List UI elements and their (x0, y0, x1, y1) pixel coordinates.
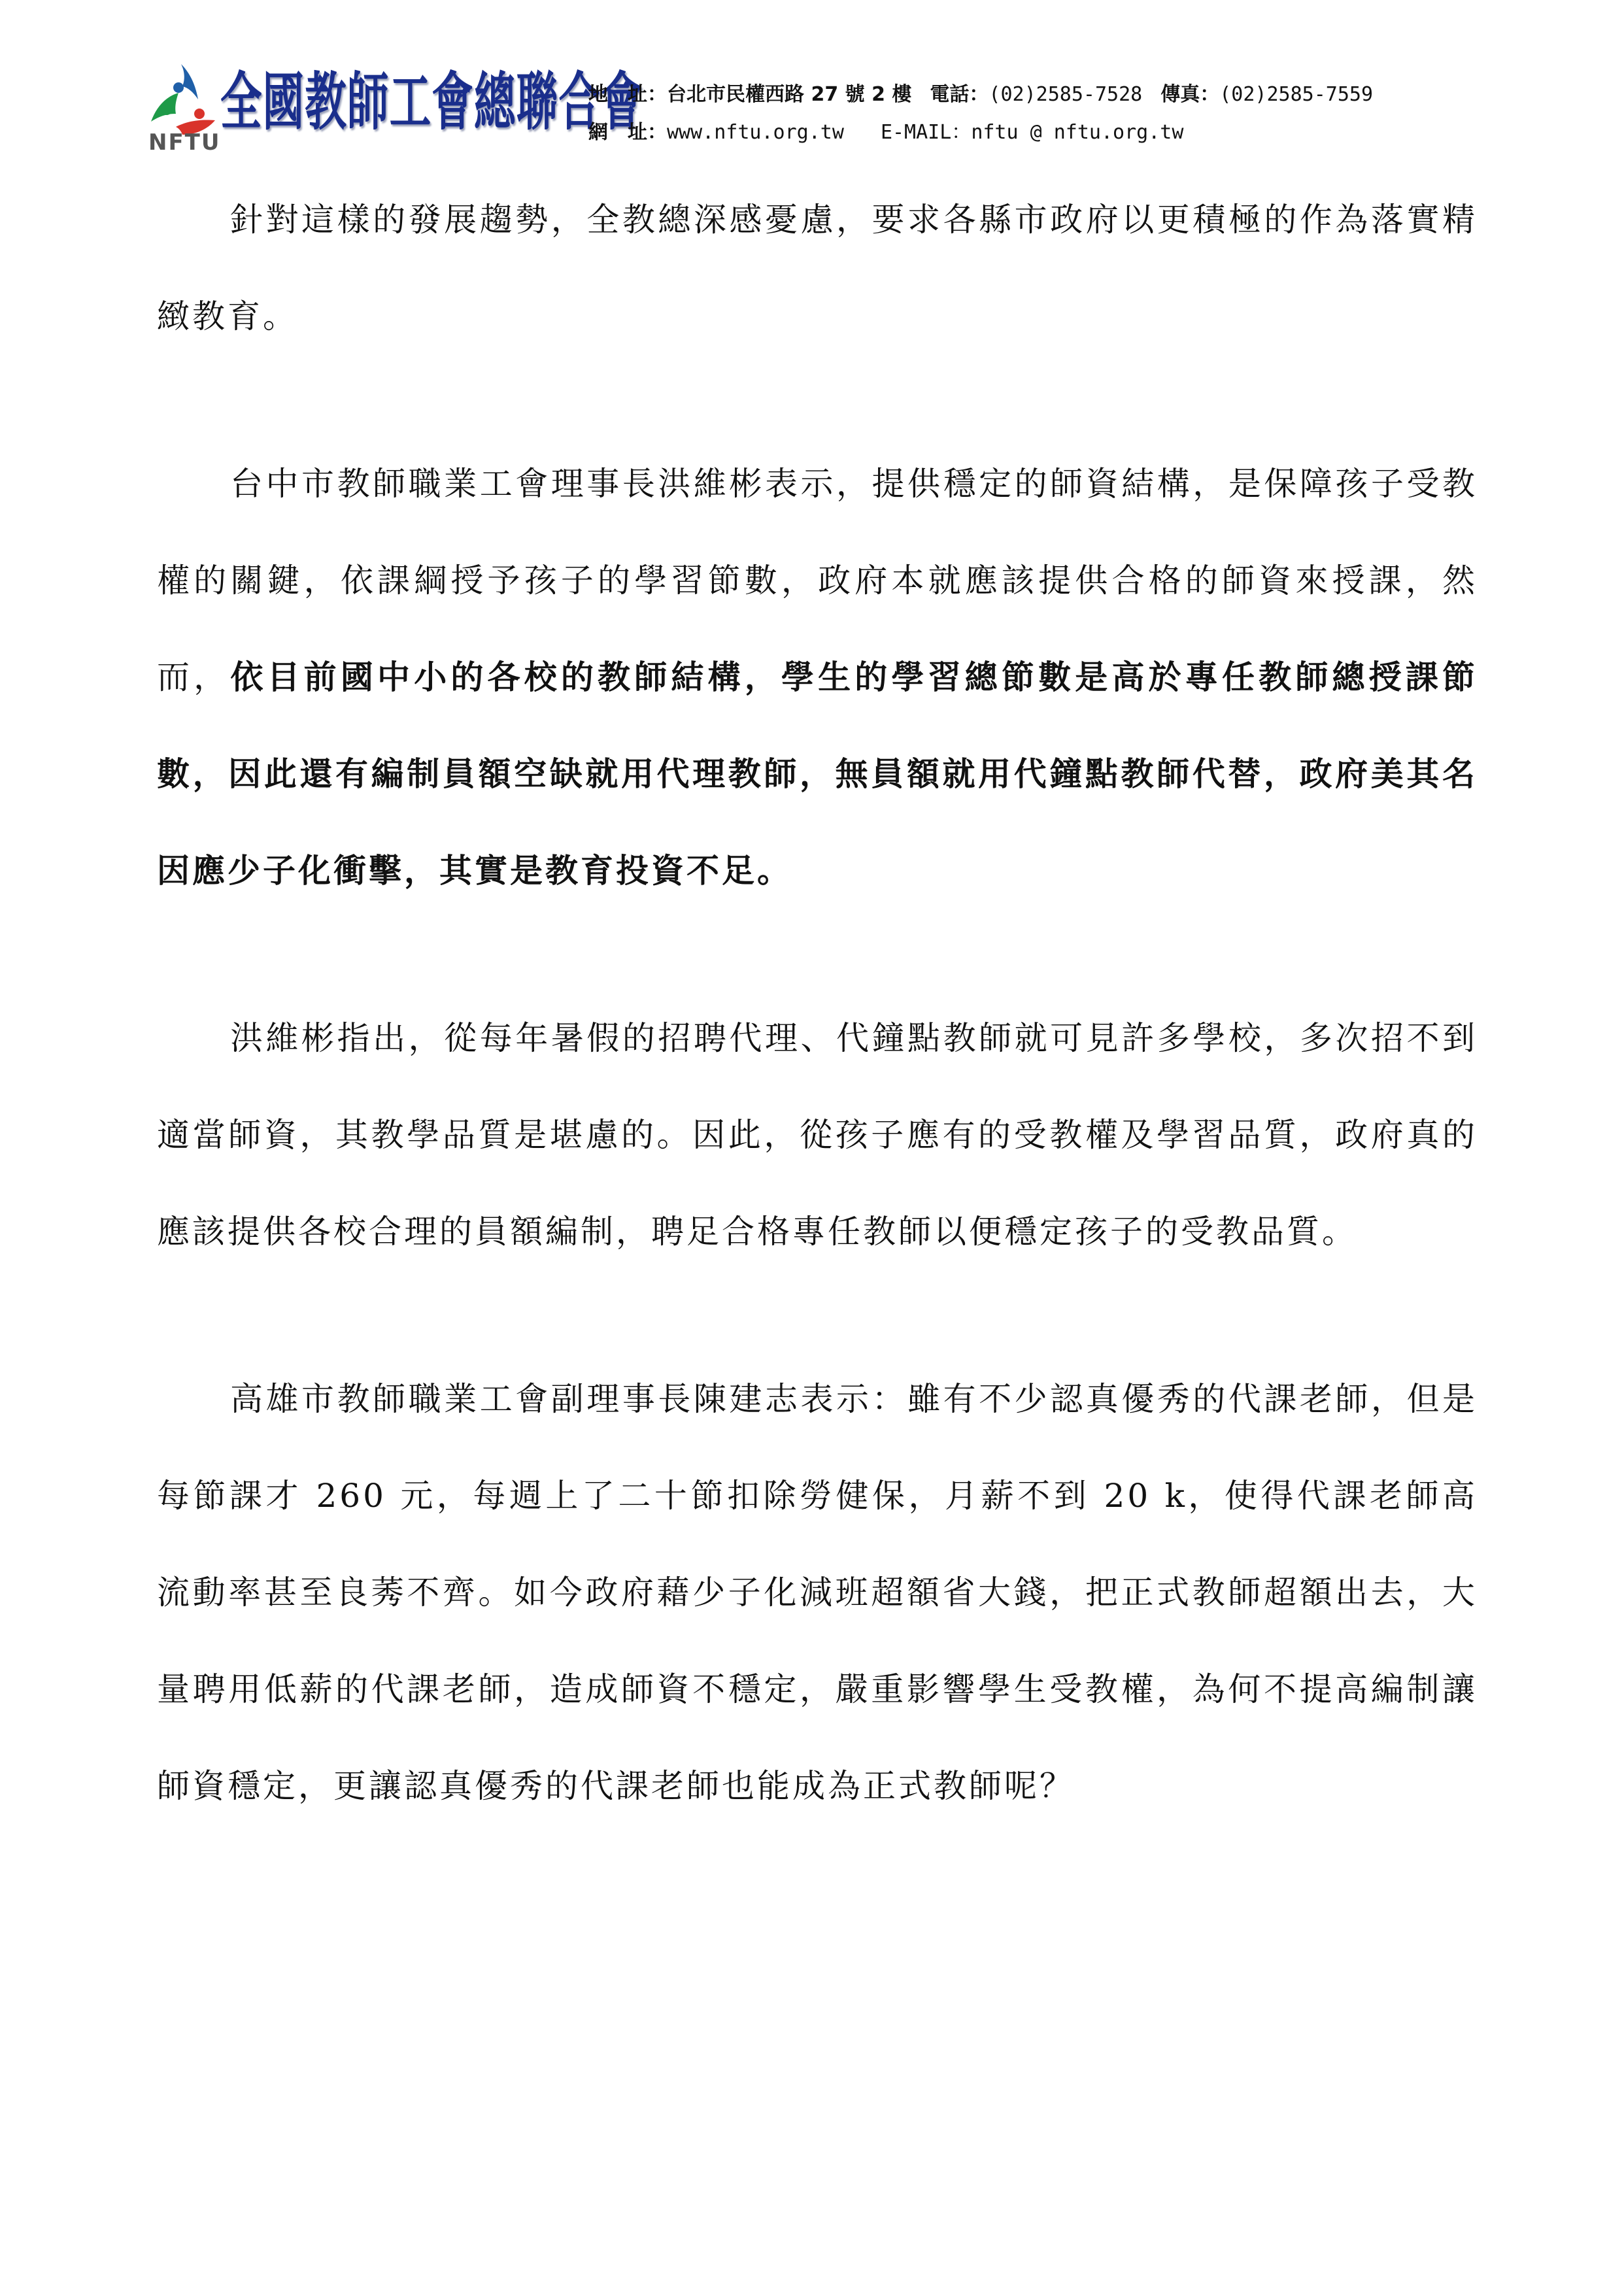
address-label: 地 址： (588, 83, 667, 106)
paragraph-text: 高雄市教師職業工會副理事長陳建志表示：雖有不少認真優秀的代課老師，但是每節課才 … (157, 1380, 1478, 1805)
paragraph-bold-text: 依目前國中小的各校的教師結構，學生的學習總節數是高於專任教師總授課節數，因此還有… (157, 658, 1478, 890)
paragraph-text: 針對這樣的發展趨勢，全教總深感憂慮，要求各縣市政府以更積極的作為落實精緻教育。 (157, 201, 1478, 335)
paragraph-text: 洪維彬指出，從每年暑假的招聘代理、代鐘點教師就可見許多學校，多次招不到適當師資，… (157, 1019, 1478, 1251)
fax-value: (02)2585-7559 (1219, 83, 1373, 106)
contact-info: 地 址：台北市民權西路 27 號 2 樓電話：(02)2585-7528傳真：(… (588, 76, 1373, 152)
phone-value: (02)2585-7528 (989, 83, 1142, 106)
logo-org-name: 全國教師工會總聯合會 (220, 63, 643, 141)
paragraph-1: 針對這樣的發展趨勢，全教總深感憂慮，要求各縣市政府以更積極的作為落實精緻教育。 (157, 171, 1478, 365)
contact-line-1: 地 址：台北市民權西路 27 號 2 樓電話：(02)2585-7528傳真：(… (588, 76, 1373, 114)
email-link[interactable]: nftu @ nftu.org.tw (971, 121, 1183, 144)
address-value: 台北市民權西路 27 號 2 樓 (667, 83, 911, 106)
website-link[interactable]: www.nftu.org.tw (667, 121, 844, 144)
contact-line-2: 網 址：www.nftu.org.twE-MAIL：nftu @ nftu.or… (588, 114, 1373, 152)
paragraph-3: 洪維彬指出，從每年暑假的招聘代理、代鐘點教師就可見許多學校，多次招不到適當師資，… (157, 990, 1478, 1280)
paragraph-4: 高雄市教師職業工會副理事長陳建志表示：雖有不少認真優秀的代課老師，但是每節課才 … (157, 1351, 1478, 1834)
email-label: E-MAIL： (881, 121, 971, 144)
letterhead: NFTU 全國教師工會總聯合會 地 址：台北市民權西路 27 號 2 樓電話：(… (147, 59, 1520, 157)
fax-label: 傳真： (1160, 83, 1219, 106)
document-body: 針對這樣的發展趨勢，全教總深感憂慮，要求各縣市政府以更積極的作為落實精緻教育。 … (157, 171, 1478, 1834)
website-label: 網 址： (588, 121, 667, 144)
paragraph-2: 台中市教師職業工會理事長洪維彬表示，提供穩定的師資結構，是保障孩子受教權的關鍵，… (157, 435, 1478, 919)
phone-label: 電話： (930, 83, 989, 106)
nftu-logo: NFTU 全國教師工會總聯合會 (147, 59, 539, 157)
logo-abbr: NFTU (148, 129, 220, 156)
